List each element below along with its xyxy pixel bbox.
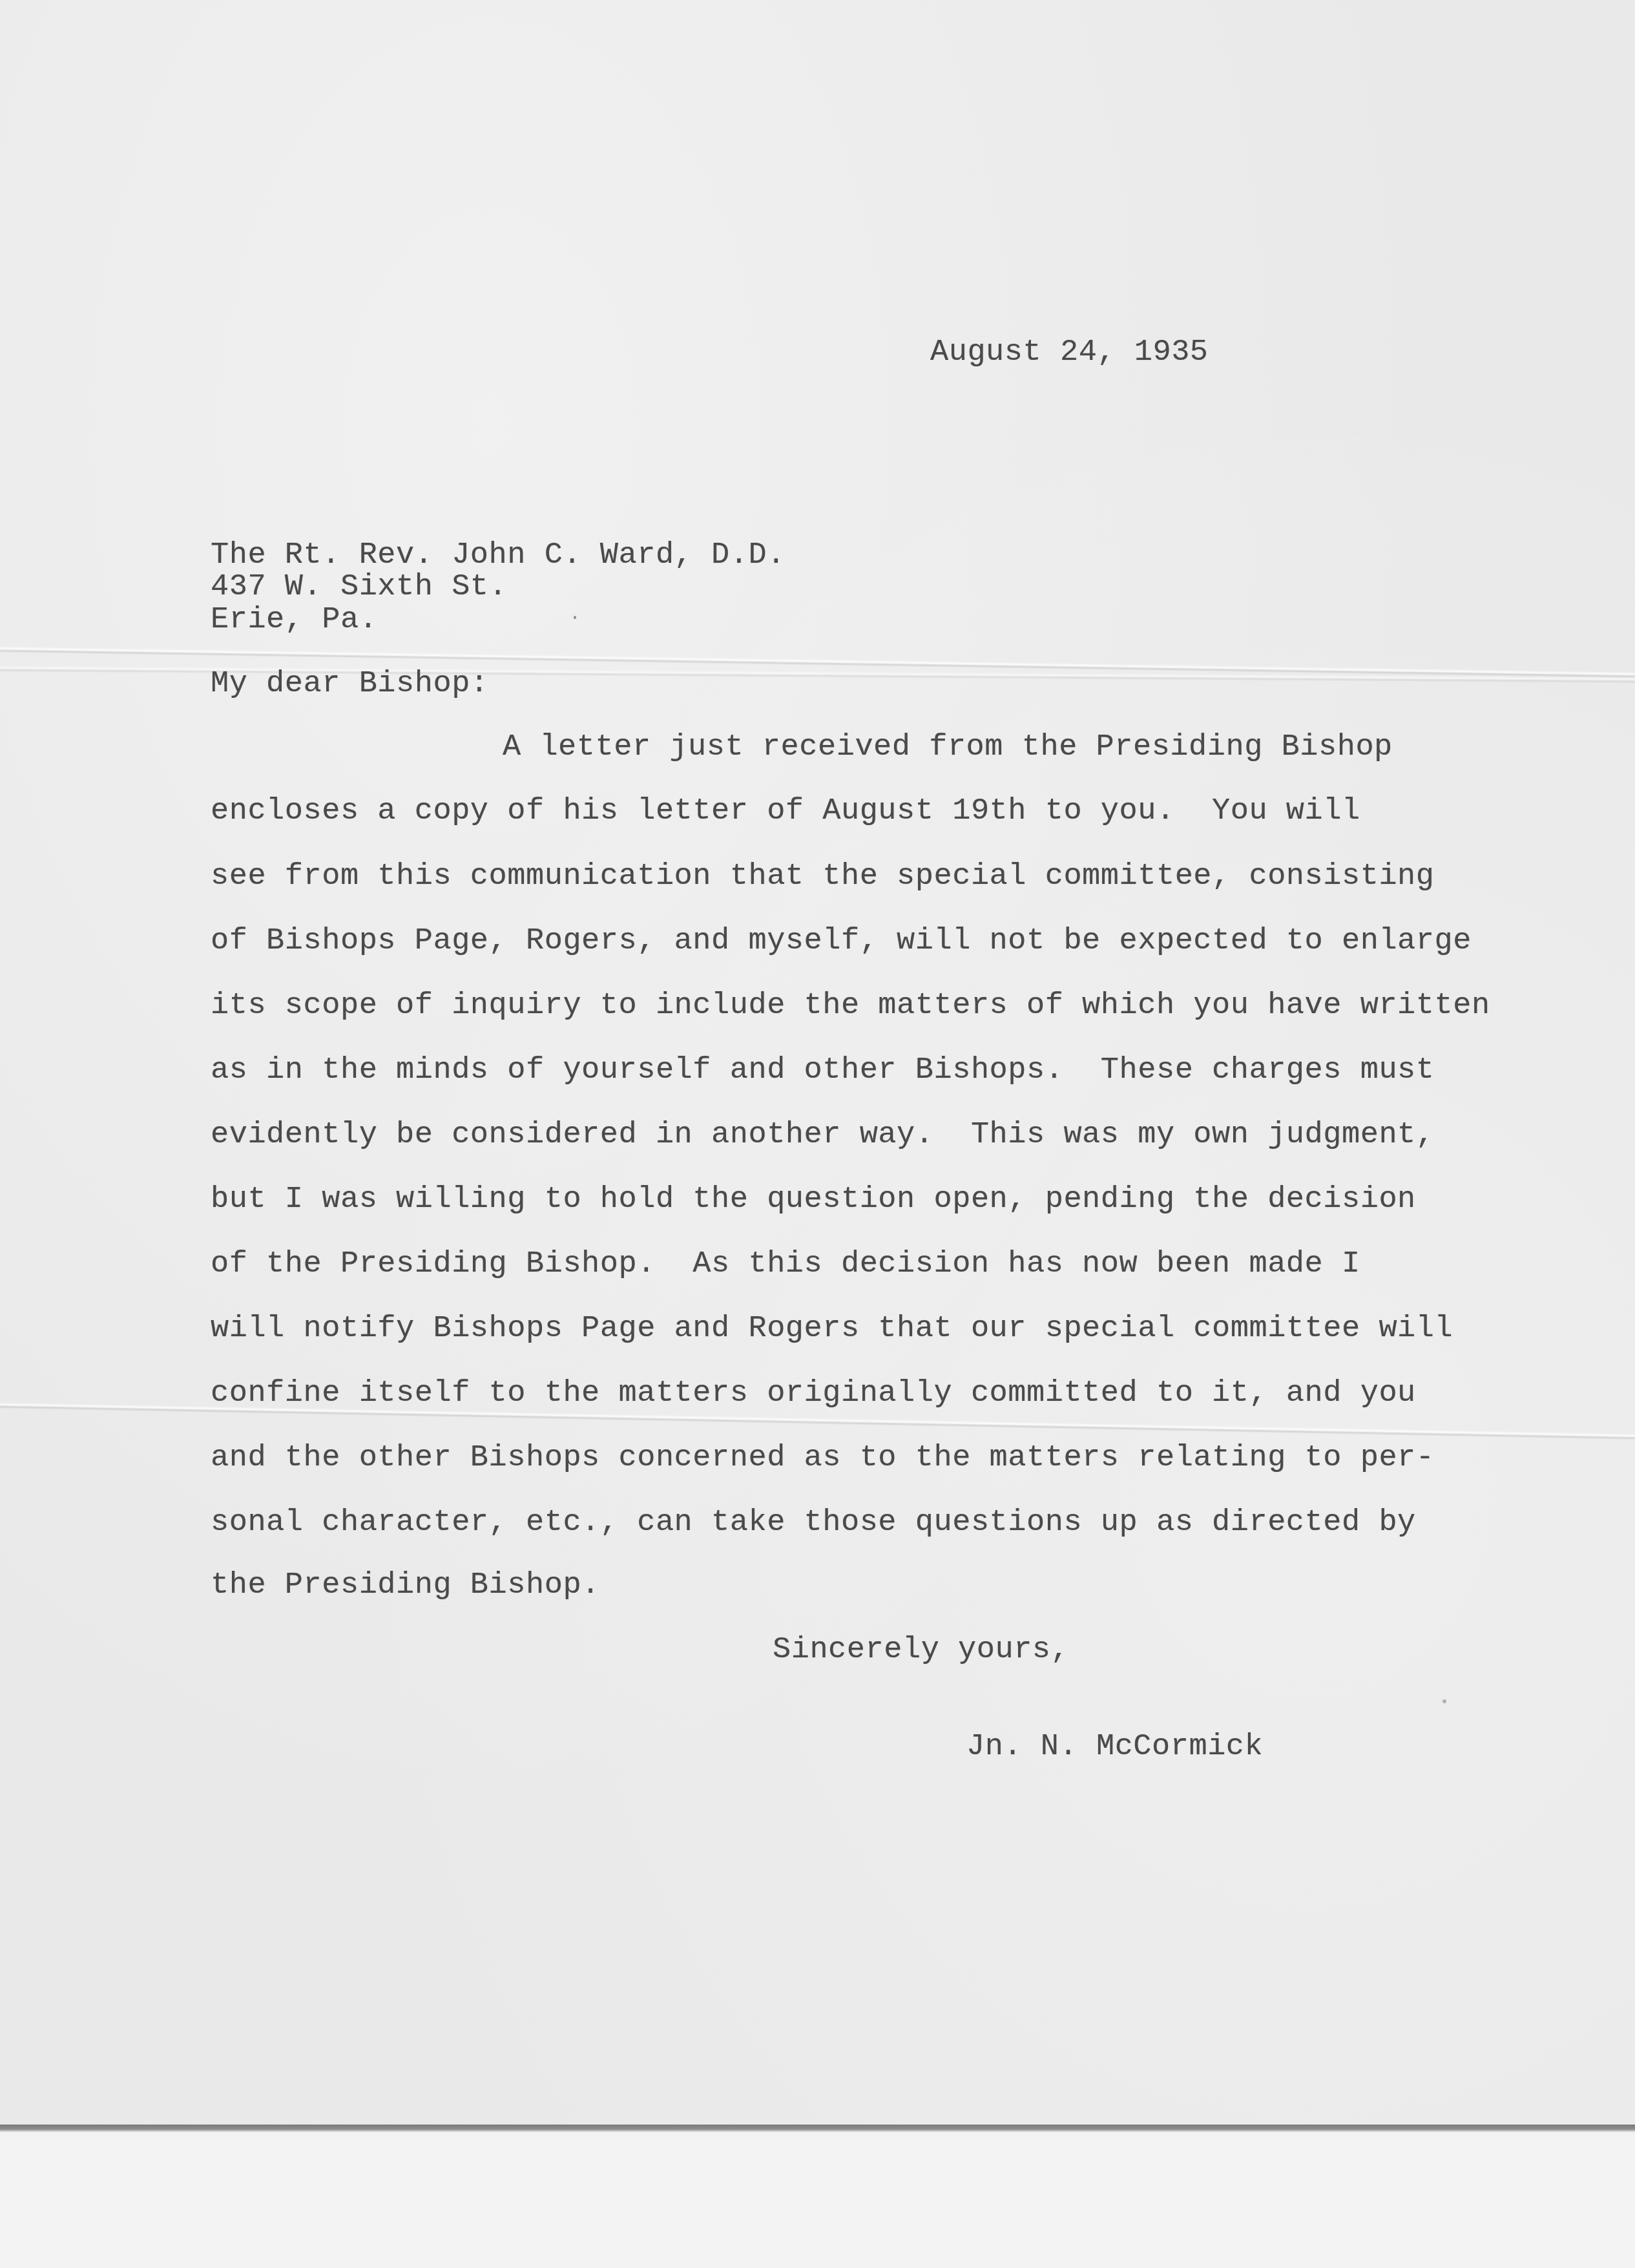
body-line: its scope of inquiry to include the matt…: [211, 991, 1490, 1021]
body-line: of the Presiding Bishop. As this decisio…: [211, 1249, 1360, 1279]
body-line: as in the minds of yourself and other Bi…: [211, 1055, 1435, 1086]
recipient-street: 437 W. Sixth St.: [211, 572, 507, 602]
paper-speck: [574, 616, 576, 619]
signature-name: Jn. N. McCormick: [966, 1732, 1263, 1762]
body-line: the Presiding Bishop.: [211, 1570, 600, 1601]
body-line: encloses a copy of his letter of August …: [211, 796, 1360, 826]
recipient-city: Erie, Pa.: [211, 605, 377, 635]
paper-bottom-edge-shadow: [0, 2125, 1635, 2132]
body-line: will notify Bishops Page and Rogers that…: [211, 1314, 1453, 1344]
body-line: and the other Bishops concerned as to th…: [211, 1443, 1435, 1473]
letter-page: August 24, 1935 The Rt. Rev. John C. War…: [0, 0, 1635, 2126]
body-line: evidently be considered in another way. …: [211, 1120, 1435, 1150]
salutation: My dear Bishop:: [211, 669, 489, 699]
body-line: of Bishops Page, Rogers, and myself, wil…: [211, 926, 1472, 956]
paper-speck: [1442, 1699, 1446, 1703]
recipient-name: The Rt. Rev. John C. Ward, D.D.: [211, 540, 786, 571]
body-line: but I was willing to hold the question o…: [211, 1184, 1416, 1215]
body-line: confine itself to the matters originally…: [211, 1378, 1416, 1409]
scanner-background: [0, 2132, 1635, 2268]
body-line: A letter just received from the Presidin…: [503, 732, 1393, 762]
complimentary-closing: Sincerely yours,: [773, 1635, 1069, 1665]
letter-date: August 24, 1935: [930, 337, 1209, 368]
body-line: sonal character, etc., can take those qu…: [211, 1507, 1416, 1538]
body-line: see from this communication that the spe…: [211, 861, 1435, 892]
